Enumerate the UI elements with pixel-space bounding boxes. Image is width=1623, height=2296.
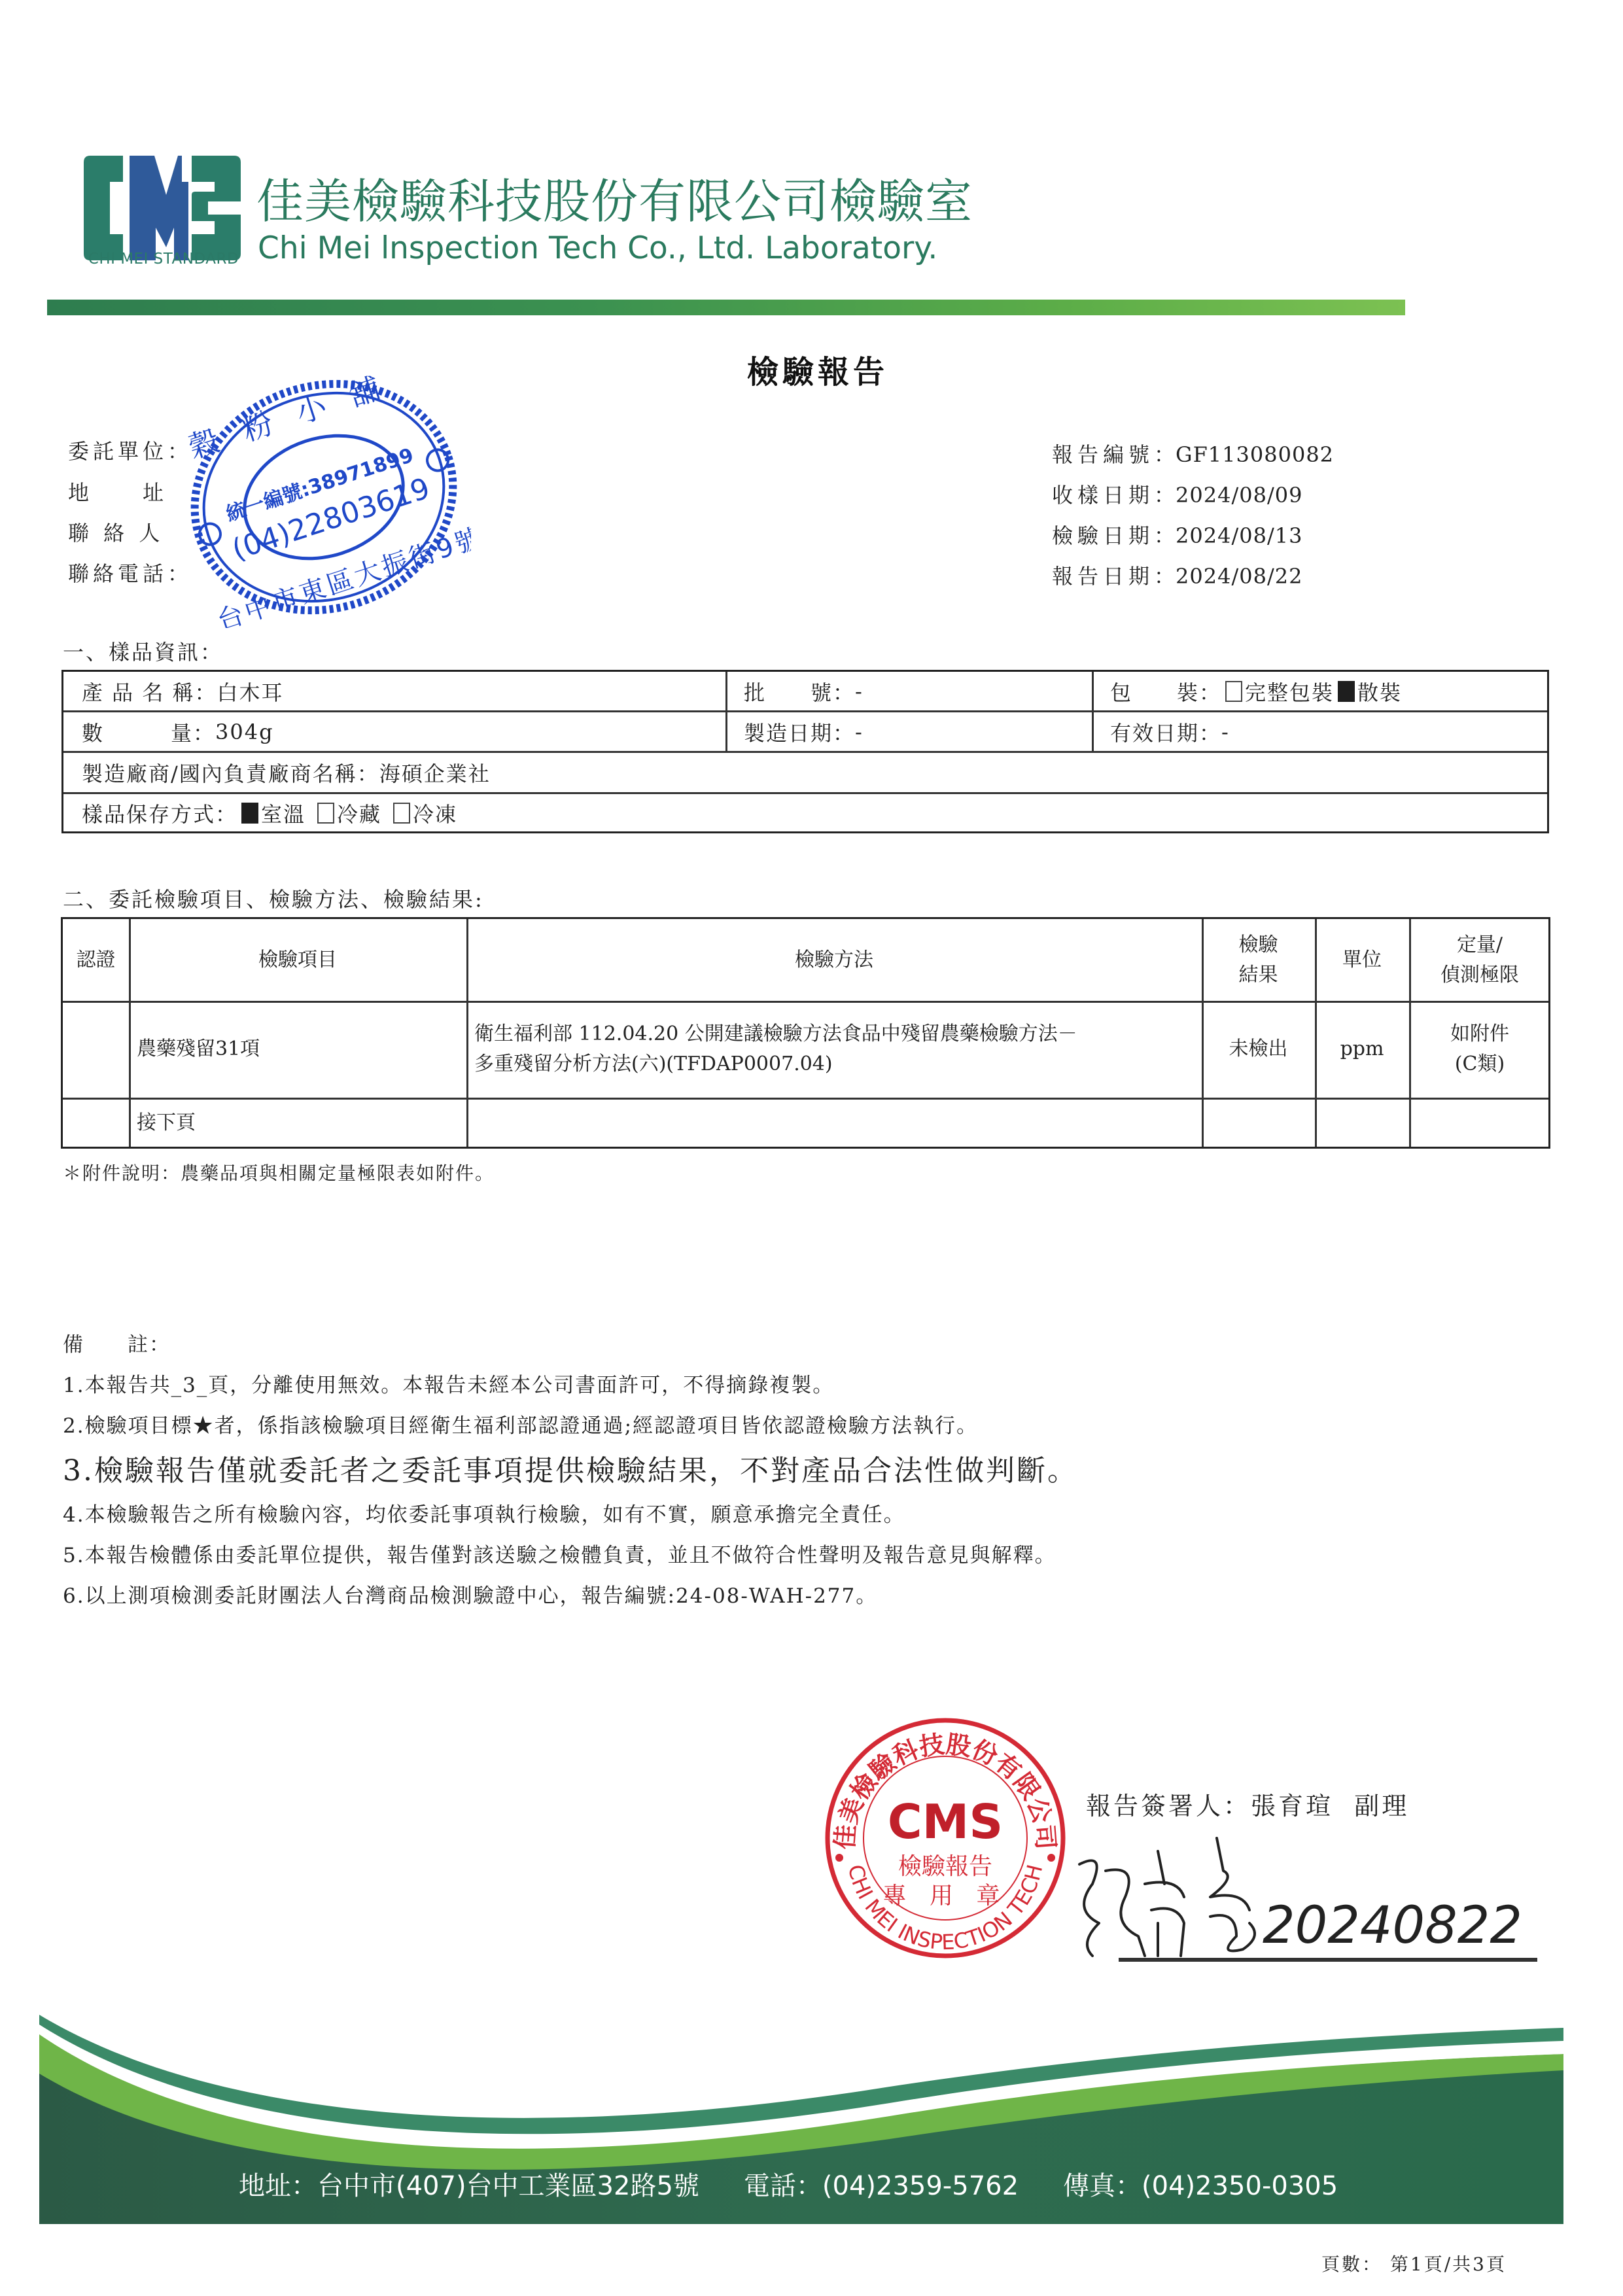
svg-text:檢驗報告: 檢驗報告: [898, 1853, 992, 1880]
packaging-complete-checkbox: [1225, 681, 1242, 702]
manufacturer-cell: 製造廠商/國內負責廠商名稱：海碩企業社: [63, 753, 1548, 792]
test-results-table: 認證 檢驗項目 檢驗方法 檢驗 結果 單位 定量/ 偵測極限 農藥殘留31項 衛…: [61, 917, 1550, 1149]
company-report-seal-icon: 佳美檢驗科技股份有限公司 CHI MEI INSPECTION TECH CMS…: [821, 1714, 1070, 1962]
storage-room-temp-checkbox: [241, 803, 258, 824]
client-company-stamp-icon: 穀粉小舖 統一編號:38971899 (04)22803619 台中市東區大振街…: [177, 366, 471, 628]
note-2: 2.檢驗項目標★者，係指該檢驗項目經衛生福利部認證通過;經認證項目皆依認證檢驗方…: [63, 1409, 978, 1438]
attachment-footnote: ＊附件說明：農藥品項與相關定量極限表如附件。: [63, 1159, 495, 1185]
client-unit-label: 委託單位：: [68, 435, 192, 465]
company-name-en: Chi Mei lnspection Tech Co., Ltd. Labora…: [258, 230, 937, 266]
report-title: 檢驗報告: [654, 347, 981, 392]
col-header-limit: 定量/ 偵測極限: [1409, 919, 1550, 1001]
packaging-bulk-checkbox: [1338, 681, 1355, 702]
mfg-date-cell: 製造日期：-: [725, 712, 1092, 751]
client-contact-label: 聯 絡 人: [68, 517, 164, 547]
received-date-row: 收樣日期：2024/08/09: [1052, 479, 1302, 509]
note-5: 5.本報告檢體係由委託單位提供，報告僅對該送驗之檢體負責，並且不做符合性聲明及報…: [63, 1539, 1056, 1568]
product-name-cell: 產 品 名 稱：白木耳: [63, 672, 725, 710]
logo-caption: CHI MEI STANDARD: [85, 251, 242, 268]
table-row: 數 量：304g 製造日期：- 有效日期：-: [63, 712, 1547, 753]
row1-limit: 如附件 (C類): [1409, 1001, 1550, 1098]
svg-text:CMS: CMS: [888, 1794, 1003, 1849]
signer-name: 張育瑄: [1251, 1792, 1333, 1820]
quantity-value: 304g: [215, 720, 274, 744]
note-1: 1.本報告共_3_頁，分離使用無效。本報告未經本公司書面許可，不得摘錄複製。: [63, 1368, 834, 1398]
sample-info-table: 產 品 名 稱：白木耳 批 號：- 包 裝： 完整包裝 散裝 數 量：304g …: [61, 670, 1549, 833]
table-row: 製造廠商/國內負責廠商名稱：海碩企業社: [63, 753, 1547, 794]
report-number: GF113080082: [1176, 442, 1334, 467]
packaging-cell: 包 裝： 完整包裝 散裝: [1092, 672, 1550, 710]
exp-date-cell: 有效日期：-: [1092, 712, 1550, 751]
svg-text:專 用 章: 專 用 章: [883, 1883, 1008, 1909]
client-address-label: 地 址: [68, 476, 167, 506]
footer-contact: 地址：台中市(407)台中工業區32路5號電話：(04)2359-5762傳真：…: [239, 2165, 1382, 2202]
storage-cell: 樣品保存方式： 室溫 冷藏 冷凍: [63, 794, 1548, 832]
footer-address: 地址：台中市(407)台中工業區32路5號: [239, 2171, 699, 2201]
continued-next-page: 接下頁: [129, 1098, 466, 1149]
note-4: 4.本檢驗報告之所有檢驗內容，均依委託事項執行檢驗，如有不實，願意承擔完全責任。: [63, 1498, 905, 1527]
col-header-item: 檢驗項目: [129, 919, 466, 1001]
row1-method: 衛生福利部 112.04.20 公開建議檢驗方法食品中殘留農藥檢驗方法－ 多重殘…: [466, 1001, 1202, 1098]
svg-text:20240822: 20240822: [1263, 1896, 1522, 1955]
quantity-cell: 數 量：304g: [63, 712, 725, 751]
batch-number: -: [855, 679, 864, 704]
cms-logo-icon: [84, 156, 241, 260]
batch-cell: 批 號：-: [725, 672, 1092, 710]
row1-result: 未檢出: [1202, 1001, 1315, 1098]
col-header-cert: 認證: [63, 919, 129, 1001]
test-date: 2024/08/13: [1176, 523, 1302, 548]
handwritten-signature-icon: 20240822: [1066, 1825, 1590, 1969]
signer-title: 副理: [1354, 1792, 1409, 1820]
company-name-cn: 佳美檢驗科技股份有限公司檢驗室: [256, 164, 973, 232]
sample-info-heading: 一、樣品資訊：: [63, 636, 223, 666]
col-header-unit: 單位: [1315, 919, 1409, 1001]
manufacturer-name: 海碩企業社: [379, 757, 491, 788]
report-number-row: 報告編號：GF113080082: [1052, 438, 1334, 468]
test-date-row: 檢驗日期：2024/08/13: [1052, 519, 1302, 549]
note-6: 6.以上測項檢測委託財團法人台灣商品檢測驗證中心，報告編號:24-08-WAH-…: [63, 1579, 877, 1609]
notes-heading: 備 註：: [63, 1328, 171, 1357]
header-divider-bar: [47, 300, 1405, 315]
report-date-row: 報告日期：2024/08/22: [1052, 560, 1302, 590]
received-date: 2024/08/09: [1176, 483, 1302, 508]
row1-cert: [63, 1001, 129, 1098]
table-row: 樣品保存方式： 室溫 冷藏 冷凍: [63, 794, 1547, 832]
storage-frozen-checkbox: [393, 803, 410, 824]
product-name: 白木耳: [217, 676, 284, 706]
col-header-result: 檢驗 結果: [1202, 919, 1315, 1001]
tests-heading: 二、委託檢驗項目、檢驗方法、檢驗結果:: [63, 883, 484, 913]
footer-fax: 傳真：(04)2350-0305: [1063, 2171, 1338, 2201]
row1-unit: ppm: [1315, 1001, 1409, 1098]
page-number: 頁數： 第1頁/共3頁: [1321, 2250, 1507, 2276]
row1-item: 農藥殘留31項: [129, 1001, 466, 1098]
report-signer: 報告簽署人：張育瑄 副理: [1086, 1786, 1409, 1822]
exp-date: -: [1221, 720, 1230, 744]
mfg-date: -: [855, 720, 864, 744]
note-3: 3.檢驗報告僅就委託者之委託事項提供檢驗結果，不對產品合法性做判斷。: [63, 1447, 1078, 1489]
col-header-method: 檢驗方法: [466, 919, 1202, 1001]
client-phone-label: 聯絡電話：: [68, 557, 192, 587]
footer-phone: 電話：(04)2359-5762: [744, 2171, 1019, 2201]
storage-refrigerated-checkbox: [317, 803, 334, 824]
report-date: 2024/08/22: [1176, 564, 1302, 589]
svg-text:穀粉小舖: 穀粉小舖: [184, 366, 410, 465]
table-row: 產 品 名 稱：白木耳 批 號：- 包 裝： 完整包裝 散裝: [63, 672, 1547, 712]
